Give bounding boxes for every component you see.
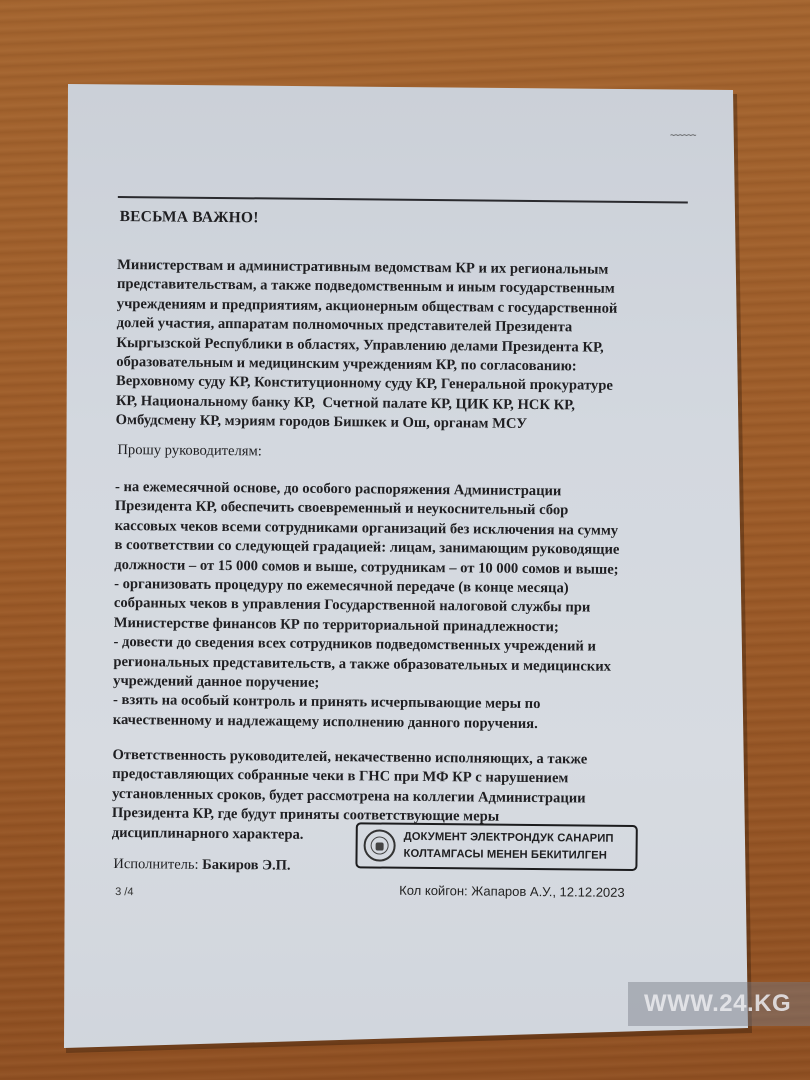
watermark-text: WWW.24.KG bbox=[644, 990, 791, 1018]
digital-signature-stamp: ДОКУМЕНТ ЭЛЕКТРОНДУК САНАРИП КОЛТАМГАСЫ … bbox=[355, 822, 637, 871]
signed-by-line: Кол койгон: Жапаров А.У., 12.12.2023 bbox=[399, 883, 625, 900]
instructions-list: - на ежемесячной основе, до особого расп… bbox=[113, 478, 620, 735]
stamp-text: ДОКУМЕНТ ЭЛЕКТРОНДУК САНАРИП КОЛТАМГАСЫ … bbox=[403, 829, 613, 865]
stamp-line-2: КОЛТАМГАСЫ МЕНЕН БЕКИТИЛГЕН bbox=[403, 846, 613, 865]
site-watermark: WWW.24.KG bbox=[628, 982, 810, 1026]
executor-label: Исполнитель: bbox=[113, 856, 198, 873]
executor-name: Бакиров Э.П. bbox=[202, 857, 290, 874]
executor-line: Исполнитель: Бакиров Э.П. bbox=[113, 856, 290, 875]
page-number: 3 /4 bbox=[115, 886, 133, 898]
greeting-line: Прошу руководителям: bbox=[117, 442, 262, 460]
state-emblem-seal-icon bbox=[363, 829, 395, 861]
addressees-paragraph: Министерствам и административным ведомст… bbox=[116, 256, 618, 435]
handwritten-mark: ~~~~~~ bbox=[670, 130, 710, 140]
stamp-line-1: ДОКУМЕНТ ЭЛЕКТРОНДУК САНАРИП bbox=[404, 829, 614, 848]
document-heading: ВЕСЬМА ВАЖНО! bbox=[120, 208, 259, 227]
